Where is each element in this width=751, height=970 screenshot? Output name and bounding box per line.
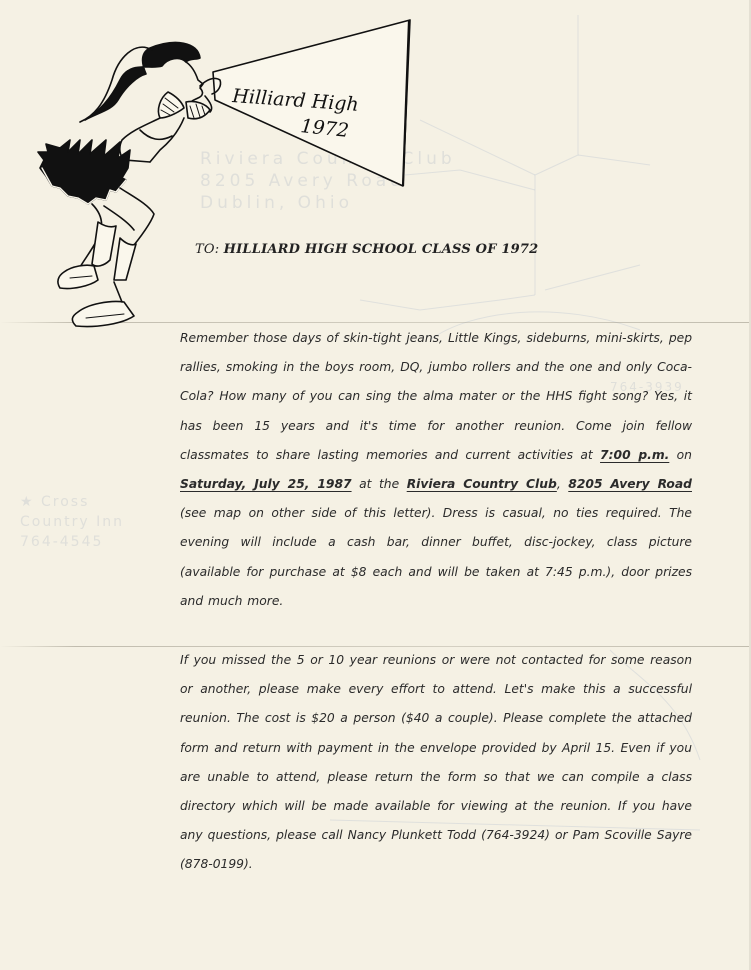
event-time: 7:00 p.m. [600,448,669,462]
show-through-cross-country-inn: ★ Cross Country Inn 764-4545 [20,492,124,552]
connector-text: on [677,448,692,462]
event-date: Saturday, July 25, 1987 [180,477,352,491]
recipient-label: TO: [195,242,219,257]
recipient-name: HILLIARD HIGH SCHOOL CLASS OF 1972 [224,242,539,257]
cheerleader-figure [38,43,221,327]
recipient-line: TO: HILLIARD HIGH SCHOOL CLASS OF 1972 [195,242,538,257]
body-paragraph-2: If you missed the 5 or 10 year reunions … [180,646,692,880]
connector-text: at the [359,477,399,491]
megaphone-icon: Hilliard High 1972 [213,20,410,186]
paragraph-1-rest: (see map on other side of this letter). … [180,506,692,608]
event-address: 8205 Avery Road [568,477,692,491]
body-paragraph-1: Remember those days of skin-tight jeans,… [180,324,692,616]
letter-page: Riviera Country Club 8205 Avery Road Dub… [0,0,751,970]
paragraph-1-intro: Remember those days of skin-tight jeans,… [180,331,692,462]
connector-text: , [557,477,561,491]
cheerleader-megaphone-illustration: Hilliard High 1972 [25,15,420,335]
event-venue: Riviera Country Club [407,477,557,491]
